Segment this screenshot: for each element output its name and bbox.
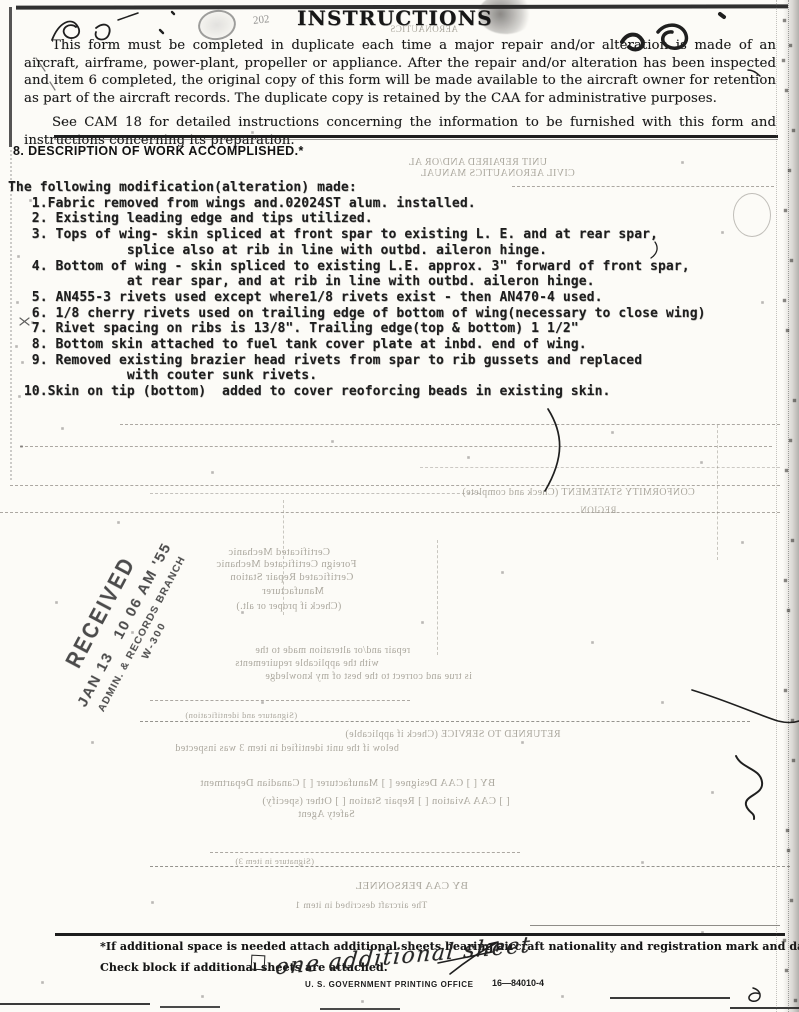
bleedthrough-text: REGION: [580, 505, 616, 515]
bleedthrough-text: (Signature in item 3): [235, 856, 314, 866]
bottom-edge-dash: [610, 997, 730, 999]
bleedthrough-text: AERONAUTICS: [390, 24, 458, 34]
section-divider-thick: [54, 135, 778, 138]
pen-dot: [720, 14, 724, 17]
bleedthrough-text: Manufacturer: [262, 586, 324, 597]
bleed-rule: [150, 866, 790, 867]
bleedthrough-text: repair and/or alteration made to the: [255, 645, 410, 656]
scan-edge-speckle-layer: [0, 0, 1, 1]
bleedthrough-text: RETURNED TO SERVICE (Check if applicable…: [345, 729, 560, 740]
bleedthrough-text: BY [ ] CAA Designee [ ] Manufacturer [ ]…: [200, 778, 495, 789]
bleedthrough-text: CONFORMITY STATEMENT (Check and complete…: [462, 487, 695, 498]
bottom-edge-dash: [160, 1006, 220, 1008]
bleedthrough-text: (Check if proper or alt.): [236, 601, 341, 612]
bleedthrough-text: The aircraft described in item 1: [295, 901, 427, 911]
additional-sheets-checkbox: [251, 955, 266, 971]
section8-header: 8. DESCRIPTION OF WORK ACCOMPLISHED.*: [13, 144, 304, 158]
bleedthrough-text: is true and correct to the best of my kn…: [265, 671, 472, 682]
work-description-typed: The following modification(alteration) m…: [8, 180, 706, 400]
bleed-column-line: [437, 540, 438, 655]
bleedthrough-text: (Signature and identification): [185, 710, 297, 720]
bleed-rule: [420, 467, 780, 468]
gpo-imprint: U. S. GOVERNMENT PRINTING OFFICE: [305, 980, 474, 989]
instructions-paragraph-1: This form must be completed in duplicate…: [24, 37, 776, 107]
scan-edge-dotted-line: [788, 0, 789, 1012]
faint-oval-smudge: [733, 193, 771, 237]
bottom-edge-dash: [320, 1008, 400, 1010]
stray-pencil-number: 202: [252, 13, 270, 27]
bleedthrough-text: [ ] CAA Aviation [ ] Repair Station [ ] …: [262, 796, 510, 807]
scanned-form-page: 202 INSTRUCTIONS AERONAUTICS This form m…: [0, 0, 799, 1012]
bleed-rule: [20, 446, 772, 447]
bleedthrough-text: BY CAA PERSONNEL: [355, 880, 468, 892]
left-border-rule: [9, 7, 12, 147]
bleedthrough-text: UNIT REPAIRED AND/OR AL: [408, 157, 547, 168]
pen-squiggle-bottom-right: [749, 988, 760, 1001]
section-divider-thin: [54, 139, 778, 140]
bleed-rule: [150, 493, 480, 494]
bleedthrough-text: CIVIL AERONAUTICS MANUAL: [420, 168, 575, 179]
pen-brace-curve: [545, 409, 560, 491]
bleed-rule: [530, 925, 780, 926]
pen-stroke: [118, 13, 138, 20]
bleed-rule: [120, 424, 780, 425]
bottom-edge-dash: [0, 1003, 150, 1005]
gpo-print-code: 16—84010-4: [492, 978, 544, 988]
bleed-rule: [210, 852, 520, 853]
bleedthrough-text: Safety Agent: [298, 809, 355, 820]
bleedthrough-text: below if the unit identified in item 3 w…: [175, 743, 399, 754]
pen-dot: [160, 12, 174, 33]
bleedthrough-text: with the applicable requirements: [235, 658, 379, 669]
footer-divider-rule: [55, 933, 785, 936]
bleed-rule: [140, 721, 750, 722]
bleed-column-line: [717, 425, 718, 560]
pen-squiggle: [736, 756, 762, 819]
scan-edge-right: [783, 0, 799, 1012]
received-stamp-rotated: RECEIVED JAN 13 10 06 AM '55 ADMIN. & RE…: [0, 475, 259, 776]
form-right-border-dotted: [776, 0, 777, 1012]
received-stamp: RECEIVED JAN 13 10 06 AM '55 ADMIN. & RE…: [0, 540, 250, 710]
